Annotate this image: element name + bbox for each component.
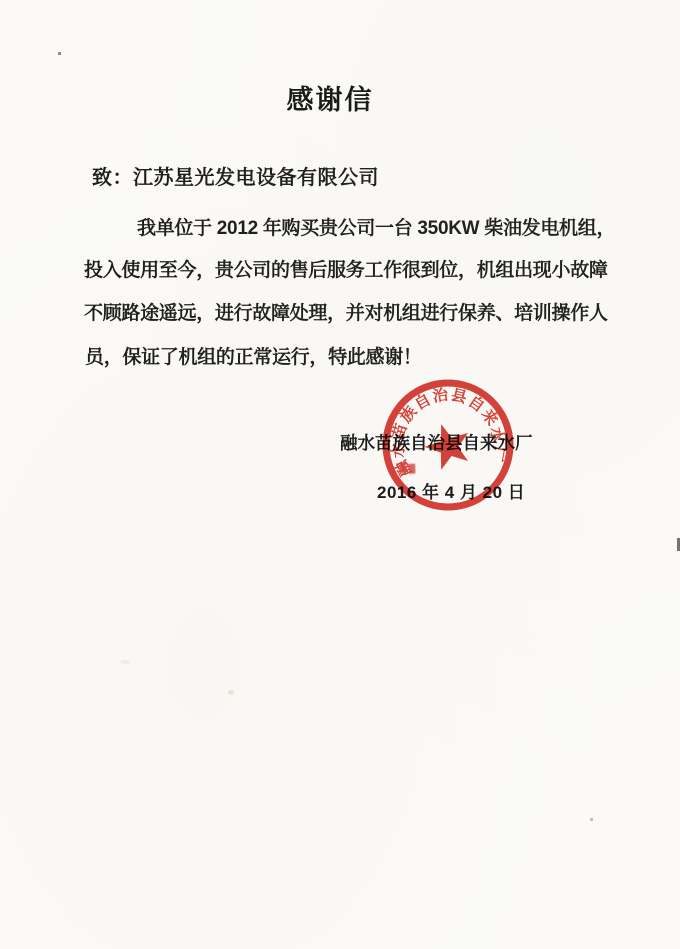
- body-line-1: 我单位于 2012 年购买贵公司一台 350KW 柴油发电机组，: [137, 213, 615, 240]
- stamp-ring-text-holder: 融水苗族自治县自来水厂: [381, 377, 511, 480]
- letter-title: 感谢信: [0, 78, 670, 117]
- stamp-ring-text: 融水苗族自治县自来水厂: [381, 377, 511, 480]
- body-line-2: 投入使用至今，贵公司的售后服务工作很到位，机组出现小故障: [84, 255, 608, 282]
- scanned-letter-page: 感谢信 致：江苏星光发电设备有限公司 我单位于 2012 年购买贵公司一台 35…: [0, 0, 680, 949]
- stamp-code-mark: [400, 462, 416, 474]
- body-line-3: 不顾路途遥远，进行故障处理，并对机组进行保养、培训操作人: [84, 298, 608, 325]
- scan-speck: [228, 690, 234, 695]
- signature-organization: 融水苗族自治县自来水厂: [340, 430, 533, 455]
- body-line-4: 员，保证了机组的正常运行，特此感谢！: [85, 342, 422, 369]
- scan-speck: [590, 818, 593, 821]
- salutation-line: 致：江苏星光发电设备有限公司: [92, 161, 379, 190]
- letter-date: 2016 年 4 月 20 日: [377, 478, 525, 503]
- scan-speck: [58, 52, 61, 55]
- scan-speck: [120, 660, 130, 664]
